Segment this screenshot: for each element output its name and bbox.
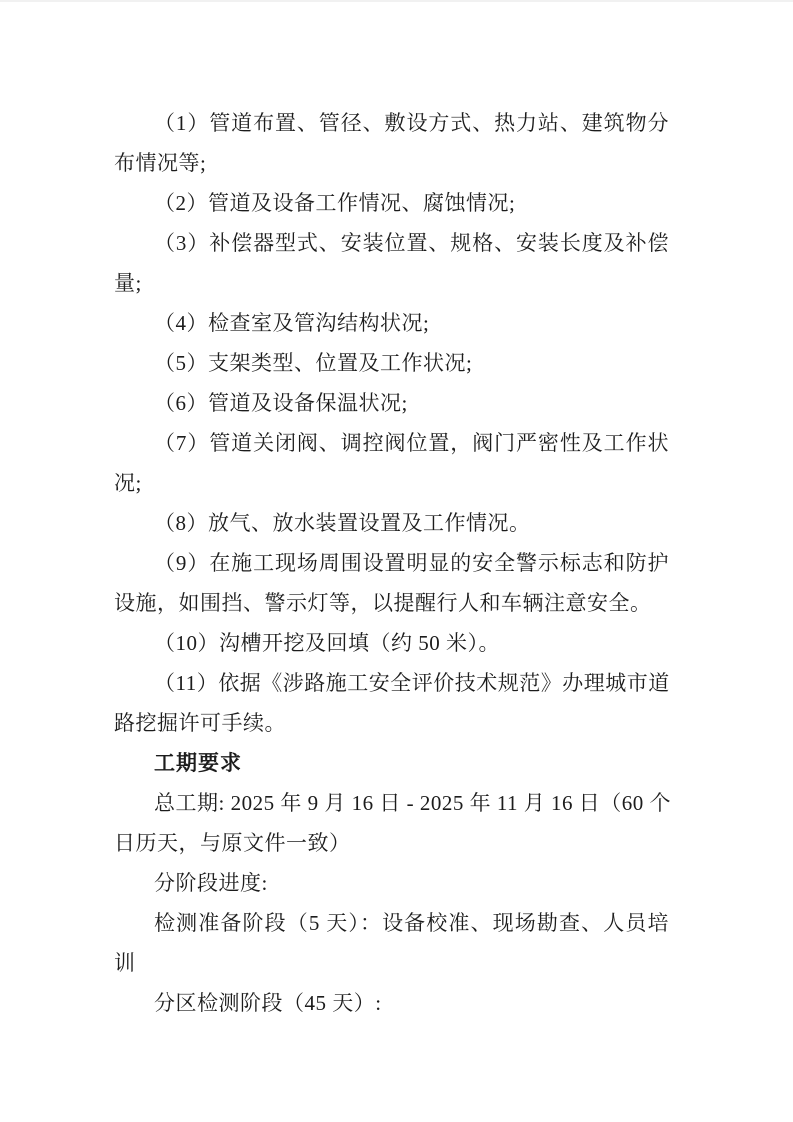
item-4-line-1: （4）检查室及管沟结构状况;: [114, 303, 669, 343]
total-duration-line-1: 总工期: 2025 年 9 月 16 日 - 2025 年 11 月 16 日（…: [114, 783, 669, 823]
document-text-block: （1）管道布置、管径、敷设方式、热力站、建筑物分 布情况等; （2）管道及设备工…: [114, 103, 669, 1023]
document-page: （1）管道布置、管径、敷设方式、热力站、建筑物分 布情况等; （2）管道及设备工…: [0, 0, 793, 1122]
item-1-line-2: 布情况等;: [114, 143, 669, 183]
item-10-line-1: （10）沟槽开挖及回填（约 50 米）。: [114, 623, 669, 663]
item-2-line-1: （2）管道及设备工作情况、腐蚀情况;: [114, 183, 669, 223]
item-11-line-1: （11）依据《涉路施工安全评价技术规范》办理城市道: [114, 663, 669, 703]
item-9-line-1: （9）在施工现场周围设置明显的安全警示标志和防护: [114, 543, 669, 583]
item-8-line-1: （8）放气、放水装置设置及工作情况。: [114, 503, 669, 543]
item-3-line-1: （3）补偿器型式、安装位置、规格、安装长度及补偿: [114, 223, 669, 263]
item-6-line-1: （6）管道及设备保温状况;: [114, 383, 669, 423]
section-heading-schedule-requirements: 工期要求: [114, 743, 669, 783]
item-5-line-1: （5）支架类型、位置及工作状况;: [114, 343, 669, 383]
item-7-line-1: （7）管道关闭阀、调控阀位置，阀门严密性及工作状: [114, 423, 669, 463]
zone-detection-phase-line: 分区检测阶段（45 天）:: [114, 983, 669, 1023]
item-3-line-2: 量;: [114, 263, 669, 303]
item-7-line-2: 况;: [114, 463, 669, 503]
prep-phase-line-1: 检测准备阶段（5 天）：设备校准、现场勘查、人员培: [114, 903, 669, 943]
item-9-line-2: 设施，如围挡、警示灯等，以提醒行人和车辆注意安全。: [114, 583, 669, 623]
phase-progress-label: 分阶段进度:: [114, 863, 669, 903]
prep-phase-line-2: 训: [114, 943, 669, 983]
item-11-line-2: 路挖掘许可手续。: [114, 703, 669, 743]
item-1-line-1: （1）管道布置、管径、敷设方式、热力站、建筑物分: [114, 103, 669, 143]
total-duration-line-2: 日历天，与原文件一致）: [114, 823, 669, 863]
